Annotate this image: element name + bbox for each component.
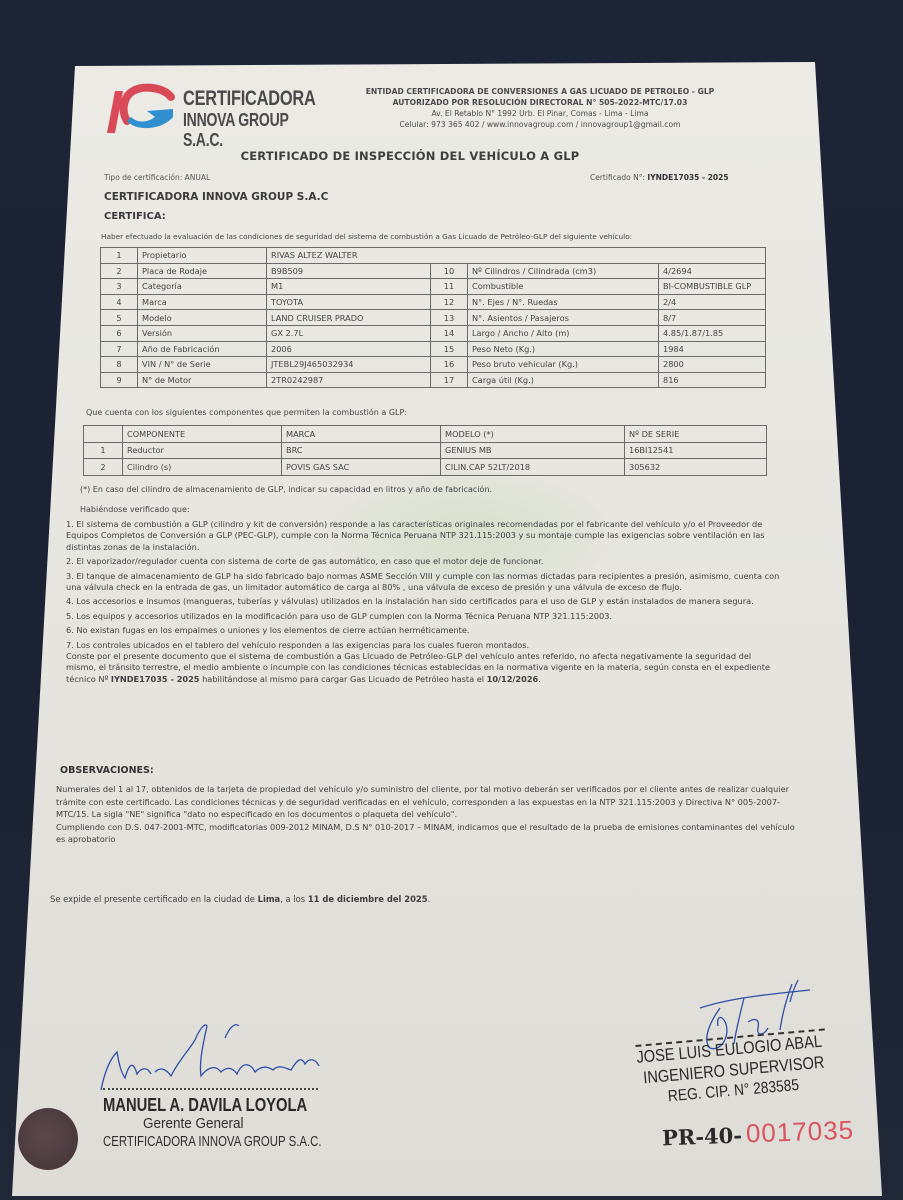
seal-stamp — [18, 1108, 78, 1170]
conclusion-text: habilitándose al mismo para cargar Gas L… — [200, 674, 487, 684]
field-label: Nº Cilindros / Cilindrada (cm3) — [468, 263, 659, 279]
row-number: 3 — [101, 279, 138, 295]
field-value: JTEBL29J465032934 — [267, 357, 431, 373]
table-row: 1ReductorBRCGENIUS MB16BI12541 — [84, 442, 767, 459]
row-number: 14 — [431, 325, 468, 341]
field-value: 4.85/1.87/1.85 — [659, 325, 766, 341]
verification-item: 4. Los accesorios e insumos (mangueras, … — [66, 596, 782, 607]
ig-logo-icon — [103, 83, 179, 135]
issue-city: Lima — [258, 894, 281, 904]
field-value: 2006 — [267, 341, 431, 357]
certifica-heading: CERTIFICA: — [104, 211, 166, 222]
components-footnote: (*) En caso del cilindro de almacenamien… — [80, 485, 492, 494]
row-number: 17 — [431, 372, 468, 388]
observations-heading: OBSERVACIONES: — [60, 765, 154, 776]
table-cell: CILIN.CAP 52LT/2018 — [441, 459, 625, 476]
table-row: 9N° de Motor2TR024298717Carga útil (Kg.)… — [101, 372, 766, 388]
entity-info: ENTIDAD CERTIFICADORA DE CONVERSIONES A … — [340, 86, 740, 130]
entity-contact: Celular: 973 365 402 / www.innovagroup.c… — [340, 119, 740, 130]
verification-item: 5. Los equipos y accesorios utilizados e… — [66, 611, 782, 622]
row-number: 16 — [431, 357, 468, 373]
field-value: 816 — [659, 372, 766, 388]
table-cell: 305632 — [625, 459, 767, 476]
field-value: 1984 — [659, 341, 766, 357]
observation-paragraph: Cumpliendo con D.S. 047-2001-MTC, modifi… — [56, 821, 796, 846]
logo-line-1: CERTIFICADORA — [183, 88, 316, 110]
issue-text: Se expide el presente certificado en la … — [50, 894, 258, 904]
verification-heading: Habiéndose verificado que: — [80, 505, 190, 514]
field-value: RIVAS ALTEZ WALTER — [267, 248, 766, 264]
field-value: B9B509 — [267, 263, 431, 279]
field-label: N°. Asientos / Pasajeros — [468, 310, 659, 326]
manager-name: MANUEL A. DAVILA LOYOLA — [103, 1095, 307, 1116]
table-cell: Cilindro (s) — [123, 459, 282, 476]
field-value: LAND CRUISER PRADO — [267, 310, 431, 326]
field-label: VIN / N° de Serie — [138, 357, 267, 373]
observation-paragraph: Numerales del 1 al 17, obtenidos de la t… — [56, 783, 796, 821]
table-cell: BRC — [282, 442, 441, 459]
verification-item: 2. El vaporizador/regulador cuenta con s… — [66, 556, 782, 567]
entity-line: ENTIDAD CERTIFICADORA DE CONVERSIONES A … — [340, 86, 740, 97]
manager-signature-block: MANUEL A. DAVILA LOYOLA Gerente General … — [95, 1020, 355, 1160]
manager-role: Gerente General — [143, 1115, 244, 1132]
issue-date: 11 de diciembre del 2025 — [308, 894, 428, 904]
table-cell: POVIS GAS SAC — [282, 459, 441, 476]
row-number: 8 — [101, 357, 138, 373]
column-header: MARCA — [282, 426, 441, 443]
serial-value: 0017035 — [745, 1115, 854, 1149]
row-number: 10 — [431, 263, 468, 279]
field-label: Año de Fabricación — [138, 341, 267, 357]
field-label: Modelo — [138, 310, 267, 326]
verification-item: 6. No existan fugas en los empalmes o un… — [66, 625, 782, 636]
table-cell: 1 — [84, 442, 123, 459]
field-label: N°. Ejes / N°. Ruedas — [468, 294, 659, 310]
certificate-content: CERTIFICADORA INNOVA GROUP S.A.C. ENTIDA… — [0, 0, 903, 1200]
field-value: M1 — [267, 279, 431, 295]
field-label: Placa de Rodaje — [138, 263, 267, 279]
entity-line: AUTORIZADO POR RESOLUCIÓN DIRECTORAL N° … — [340, 97, 740, 108]
column-header: Nº DE SERIE — [625, 426, 767, 443]
table-header-row: COMPONENTEMARCAMODELO (*)Nº DE SERIE — [84, 426, 767, 443]
certification-type: Tipo de certificación: ANUAL — [104, 173, 210, 182]
company-logo: CERTIFICADORA INNOVA GROUP S.A.C. — [103, 83, 293, 135]
table-cell: 16BI12541 — [625, 442, 767, 459]
certificate-number: Certificado N°: IYNDE17035 - 2025 — [590, 173, 729, 182]
logo-line-2: INNOVA GROUP S.A.C. — [183, 110, 316, 150]
row-number: 4 — [101, 294, 138, 310]
field-label: Propietario — [138, 248, 267, 264]
field-label: Combustible — [468, 279, 659, 295]
table-row: 5ModeloLAND CRUISER PRADO13N°. Asientos … — [101, 310, 766, 326]
table-row: 1 Propietario RIVAS ALTEZ WALTER — [101, 248, 766, 264]
table-row: 8VIN / N° de SerieJTEBL29J46503293416Pes… — [101, 357, 766, 373]
observations: Numerales del 1 al 17, obtenidos de la t… — [56, 783, 796, 846]
field-label: Largo / Ancho / Alto (m) — [468, 325, 659, 341]
table-row: 7Año de Fabricación200615Peso Neto (Kg.)… — [101, 341, 766, 357]
field-label: Peso Neto (Kg.) — [468, 341, 659, 357]
serial-number: PR-40-0017035 — [662, 1115, 855, 1153]
valid-until-date: 10/12/2026 — [487, 674, 539, 684]
field-label: Carga útil (Kg.) — [468, 372, 659, 388]
table-cell: Reductor — [123, 442, 282, 459]
row-number: 15 — [431, 341, 468, 357]
field-label: Peso bruto vehicular (Kg.) — [468, 357, 659, 373]
column-header — [84, 426, 123, 443]
row-number: 7 — [101, 341, 138, 357]
conclusion: Conste por el presente documento que el … — [66, 651, 782, 685]
table-row: 2Placa de RodajeB9B50910Nº Cilindros / C… — [101, 263, 766, 279]
certificate-number-label: Certificado N°: — [590, 173, 645, 182]
issue-text: , a los — [280, 894, 308, 904]
row-number: 9 — [101, 372, 138, 388]
column-header: MODELO (*) — [441, 426, 625, 443]
row-number: 2 — [101, 263, 138, 279]
serial-prefix: PR-40- — [662, 1123, 743, 1151]
row-number: 6 — [101, 325, 138, 341]
issue-text: . — [428, 894, 431, 904]
entity-address: Av. El Retablo N° 1992 Urb. El Pinar, Co… — [340, 108, 740, 119]
components-table: COMPONENTEMARCAMODELO (*)Nº DE SERIE1Red… — [83, 425, 767, 476]
issue-statement: Se expide el presente certificado en la … — [50, 894, 430, 904]
evaluation-intro: Haber efectuado la evaluación de las con… — [101, 232, 632, 241]
table-row: 6VersiónGX 2.7L14Largo / Ancho / Alto (m… — [101, 325, 766, 341]
table-row: 4MarcaTOYOTA12N°. Ejes / N°. Ruedas2/4 — [101, 294, 766, 310]
row-number: 1 — [101, 248, 138, 264]
verification-item: 7. Los controles ubicados en el tablero … — [66, 640, 782, 651]
field-label: Categoría — [138, 279, 267, 295]
file-number: IYNDE17035 - 2025 — [111, 674, 200, 684]
verification-list: 1. El sistema de combustión a GLP (cilin… — [66, 519, 782, 685]
verification-item: 3. El tanque de almacenamiento de GLP ha… — [66, 571, 782, 594]
table-cell: GENIUS MB — [441, 442, 625, 459]
field-value: TOYOTA — [267, 294, 431, 310]
table-cell: 2 — [84, 459, 123, 476]
field-value: 2/4 — [659, 294, 766, 310]
field-value: BI-COMBUSTIBLE GLP — [659, 279, 766, 295]
row-number: 12 — [431, 294, 468, 310]
components-intro: Que cuenta con los siguientes componente… — [86, 408, 407, 417]
field-value: 8/7 — [659, 310, 766, 326]
manager-company: CERTIFICADORA INNOVA GROUP S.A.C. — [103, 1133, 322, 1150]
row-number: 13 — [431, 310, 468, 326]
conclusion-text: . — [538, 674, 541, 684]
field-value: 2TR0242987 — [267, 372, 431, 388]
table-row: 2Cilindro (s)POVIS GAS SACCILIN.CAP 52LT… — [84, 459, 767, 476]
certificate-number-value: IYNDE17035 - 2025 — [647, 173, 728, 182]
signature-line — [103, 1088, 318, 1090]
field-value: 4/2694 — [659, 263, 766, 279]
field-value: 2800 — [659, 357, 766, 373]
row-number: 11 — [431, 279, 468, 295]
company-name: CERTIFICADORA INNOVA GROUP S.A.C — [104, 191, 328, 203]
document-title: CERTIFICADO DE INSPECCIÓN DEL VEHÍCULO A… — [100, 149, 720, 163]
table-row: 3CategoríaM111CombustibleBI-COMBUSTIBLE … — [101, 279, 766, 295]
column-header: COMPONENTE — [123, 426, 282, 443]
field-label: N° de Motor — [138, 372, 267, 388]
vehicle-table: 1 Propietario RIVAS ALTEZ WALTER 2Placa … — [100, 247, 766, 388]
row-number: 5 — [101, 310, 138, 326]
field-label: Marca — [138, 294, 267, 310]
field-label: Versión — [138, 325, 267, 341]
field-value: GX 2.7L — [267, 325, 431, 341]
verification-item: 1. El sistema de combustión a GLP (cilin… — [66, 519, 782, 553]
